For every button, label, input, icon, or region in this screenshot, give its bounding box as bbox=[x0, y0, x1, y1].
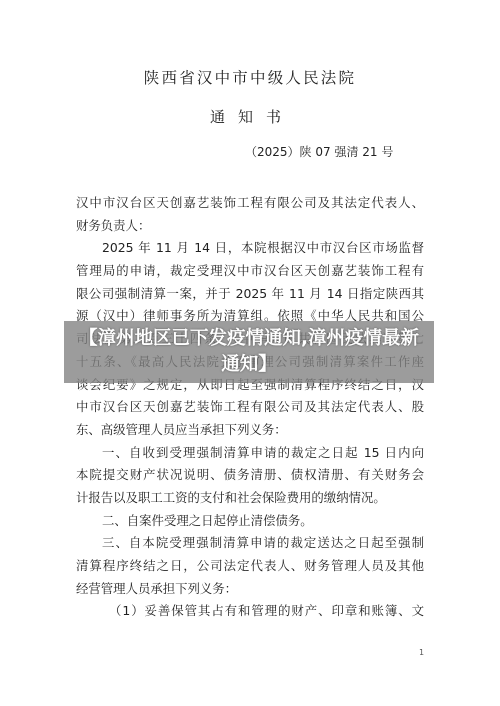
body-line: （1）妥善保管其占有和管理的财产、印章和账簿、文 bbox=[76, 600, 424, 623]
body-line: 东、高级管理人员应当承担下列义务： bbox=[76, 419, 424, 442]
body-line: 中市汉台区天创嘉艺装饰工程有限公司及其法定代表人、股 bbox=[76, 396, 424, 419]
body-line: 经营管理人员承担下列义务： bbox=[76, 578, 424, 601]
document-type-title: 通知书 bbox=[0, 106, 500, 127]
court-name: 陕西省汉中市中级人民法院 bbox=[0, 66, 500, 88]
body-line: 三、自本院受理强制清算申请的裁定送达之日起至强制 bbox=[76, 532, 424, 555]
headline-overlay-text[interactable]: 【漳州地区已下发疫情通知,漳州疫情最新通知】 bbox=[74, 326, 424, 378]
body-line: 本院提交财产状况说明、债务清册、债权清册、有关财务会 bbox=[76, 464, 424, 487]
body-line: 限公司强制清算一案，并于 2025 年 11 月 14 日指定陕西其 bbox=[76, 283, 424, 306]
page-number: 1 bbox=[419, 648, 424, 657]
document-body: 汉中市汉台区天创嘉艺装饰工程有限公司及其法定代表人、 财务负责人： 2025 年… bbox=[76, 192, 424, 623]
body-line: 一、自收到受理强制清算申请的裁定之日起 15 日内向 bbox=[76, 442, 424, 465]
body-line: 财务负责人： bbox=[76, 215, 424, 238]
headline-overlay-banner[interactable]: 【漳州地区已下发疫情通知,漳州疫情最新通知】 bbox=[64, 321, 434, 383]
body-line: 管理局的申请，裁定受理汉中市汉台区天创嘉艺装饰工程有 bbox=[76, 260, 424, 283]
document-number: （2025）陕 07 强清 21 号 bbox=[245, 143, 393, 160]
body-line: 2025 年 11 月 14 日，本院根据汉中市汉台区市场监督 bbox=[76, 237, 424, 260]
body-line: 二、自案件受理之日起停止清偿债务。 bbox=[76, 510, 424, 533]
body-line: 清算程序终结之日，公司法定代表人、财务管理人员及其他 bbox=[76, 555, 424, 578]
body-line: 汉中市汉台区天创嘉艺装饰工程有限公司及其法定代表人、 bbox=[76, 192, 424, 215]
body-line: 计报告以及职工工资的支付和社会保险费用的缴纳情况。 bbox=[76, 487, 424, 510]
